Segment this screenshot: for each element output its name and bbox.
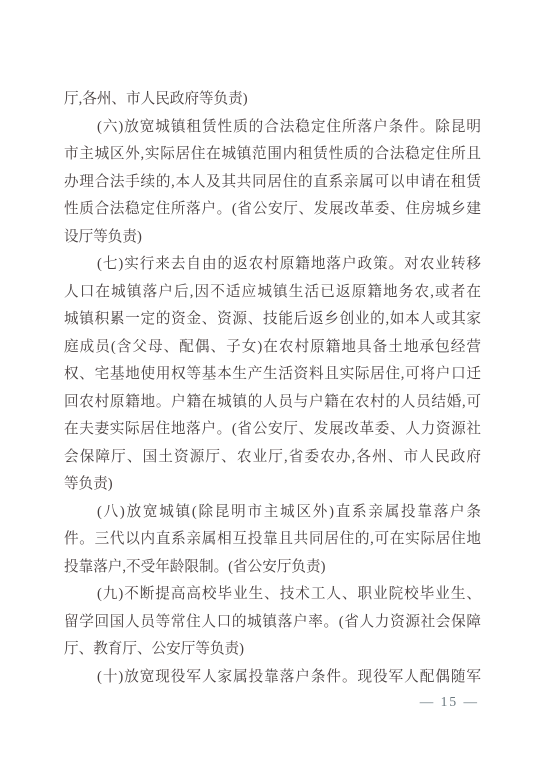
text-line: (七)实行来去自由的返农村原籍地落户政策。对农业转移 (64, 251, 481, 279)
text-line: 回农村原籍地。户籍在城镇的人员与户籍在农村的人员结婚,可 (64, 389, 481, 417)
text-line: 市主城区外,实际居住在城镇范围内租赁性质的合法稳定住所且 (64, 141, 481, 169)
text-line: 厅,各州、市人民政府等负责) (64, 86, 481, 114)
text-line: 性质合法稳定住所落户。(省公安厅、发展改革委、住房城乡建 (64, 196, 481, 224)
text-line: 人口在城镇落户后,因不适应城镇生活已返原籍地务农,或者在 (64, 279, 481, 307)
text-line: 投靠落户,不受年龄限制。(省公安厅负责) (64, 554, 481, 582)
text-line: 设厅等负责) (64, 224, 481, 252)
text-line: 庭成员(含父母、配偶、子女)在农村原籍地具备土地承包经营 (64, 334, 481, 362)
text-line: 城镇积累一定的资金、资源、技能后返乡创业的,如本人或其家 (64, 306, 481, 334)
text-line: 在夫妻实际居住地落户。(省公安厅、发展改革委、人力资源社 (64, 416, 481, 444)
text-line: (九)不断提高高校毕业生、技术工人、职业院校毕业生、 (64, 581, 481, 609)
text-line: 办理合法手续的,本人及其共同居住的直系亲属可以申请在租赁 (64, 169, 481, 197)
page-number: — 15 — (420, 694, 479, 710)
text-line: 会保障厅、国土资源厅、农业厅,省委农办,各州、市人民政府 (64, 444, 481, 472)
text-line: 权、宅基地使用权等基本生产生活资料且实际居住,可将户口迁 (64, 361, 481, 389)
document-body: 厅,各州、市人民政府等负责) (六)放宽城镇租赁性质的合法稳定住所落户条件。除昆… (64, 86, 481, 691)
text-line: 留学回国人员等常住人口的城镇落户率。(省人力资源社会保障 (64, 609, 481, 637)
text-line: (八)放宽城镇(除昆明市主城区外)直系亲属投靠落户条 (64, 499, 481, 527)
text-line: 等负责) (64, 471, 481, 499)
text-line: (六)放宽城镇租赁性质的合法稳定住所落户条件。除昆明 (64, 114, 481, 142)
document-page: 厅,各州、市人民政府等负责) (六)放宽城镇租赁性质的合法稳定住所落户条件。除昆… (0, 0, 548, 780)
text-line: 件。三代以内直系亲属相互投靠且共同居住的,可在实际居住地 (64, 526, 481, 554)
text-line: (十)放宽现役军人家属投靠落户条件。现役军人配偶随军 (64, 664, 481, 692)
text-line: 厅、教育厅、公安厅等负责) (64, 636, 481, 664)
